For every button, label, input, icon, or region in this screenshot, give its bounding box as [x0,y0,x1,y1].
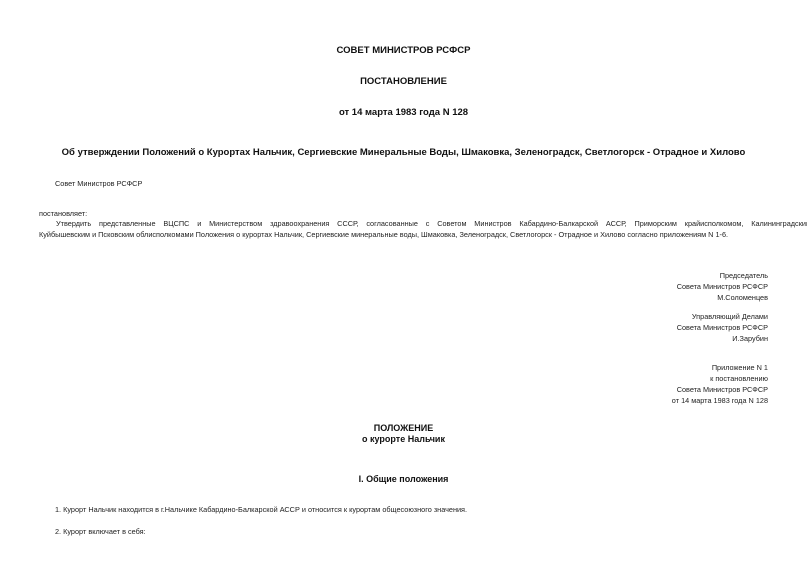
signature-manager-name: И.Зарубин [677,333,768,344]
signature-chairman-name: М.Соломенцев [677,292,768,303]
issuer-text: Совет Министров РСФСР [55,179,142,188]
regulation-item-2: 2. Курорт включает в себя: [55,527,146,536]
appendix-line-1: Приложение N 1 [672,362,768,373]
section-heading: I. Общие положения [0,474,807,484]
signature-manager: Управляющий Делами Совета Министров РСФС… [677,311,768,344]
document-type-heading: ПОСТАНОВЛЕНИЕ [0,76,807,87]
regulation-subtitle: о курорте Нальчик [0,434,807,444]
document-title: Об утверждении Положений о Курортах Наль… [0,147,807,158]
date-number-heading: от 14 марта 1983 года N 128 [0,107,807,118]
appendix-line-4: от 14 марта 1983 года N 128 [672,395,768,406]
resolution-paragraph: Утвердить представленные ВЦСПС и Министе… [39,218,807,240]
regulation-title: ПОЛОЖЕНИЕ [0,423,807,433]
regulation-item-1: 1. Курорт Нальчик находится в г.Нальчике… [55,505,467,514]
signature-manager-title: Управляющий Делами [677,311,768,322]
paragraph-line-2: Куйбышевским и Псковским облисполкомами … [39,230,728,239]
signature-chairman-org: Совета Министров РСФСР [677,281,768,292]
appendix-line-2: к постановлению [672,373,768,384]
paragraph-line-1: Утвердить представленные ВЦСПС и Министе… [56,219,807,228]
resolves-text: постановляет: [39,209,87,218]
appendix-line-3: Совета Министров РСФСР [672,384,768,395]
authority-heading: СОВЕТ МИНИСТРОВ РСФСР [0,45,807,56]
signature-chairman-title: Председатель [677,270,768,281]
signature-chairman: Председатель Совета Министров РСФСР М.Со… [677,270,768,303]
signature-manager-org: Совета Министров РСФСР [677,322,768,333]
appendix-reference: Приложение N 1 к постановлению Совета Ми… [672,362,768,406]
